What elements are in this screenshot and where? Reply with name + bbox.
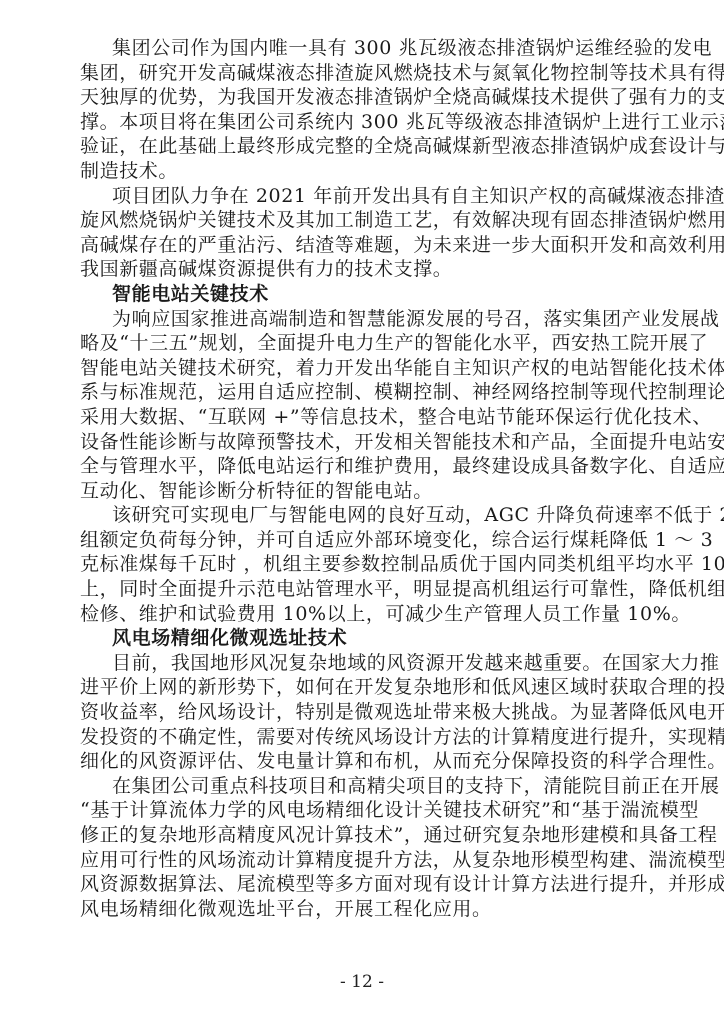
paragraph-line: 风资源数据算法、尾流模型等多方面对现有设计计算方法进行提升，并形成 <box>80 872 648 897</box>
paragraph-line: 修正的复杂地形高精度风况计算技术”，通过研究复杂地形建模和具备工程 <box>80 823 648 848</box>
paragraph-line: 旋风燃烧锅炉关键技术及其加工制造工艺，有效解决现有固态排渣锅炉燃用 <box>80 208 648 233</box>
body-paragraph: 项目团队力争在 2021 年前开发出具有自主知识产权的高碱煤液态排渣旋风燃烧锅炉… <box>80 184 648 282</box>
heading-text: 风电场精细化微观选址技术 <box>80 626 648 651</box>
paragraph-line: 项目团队力争在 2021 年前开发出具有自主知识产权的高碱煤液态排渣 <box>80 184 648 209</box>
paragraph-line: 系与标准规范，运用自适应控制、模糊控制、神经网络控制等现代控制理论， <box>80 380 648 405</box>
paragraph-line: 为响应国家推进高端制造和智慧能源发展的号召，落实集团产业发展战 <box>80 307 648 332</box>
paragraph-line: 天独厚的优势，为我国开发液态排渣锅炉全烧高碱煤技术提供了强有力的支 <box>80 85 648 110</box>
body-paragraph: 该研究可实现电厂与智能电网的良好互动，AGC 升降负荷速率不低于 2%机组额定负… <box>80 503 648 626</box>
document-body: 集团公司作为国内唯一具有 300 兆瓦级液态排渣锅炉运维经验的发电集团，研究开发… <box>80 36 648 921</box>
paragraph-line: 撑。本项目将在集团公司系统内 300 兆瓦等级液态排渣锅炉上进行工业示范 <box>80 110 648 135</box>
paragraph-line: 验证，在此基础上最终形成完整的全烧高碱煤新型液态排渣锅炉成套设计与 <box>80 134 648 159</box>
paragraph-line: 该研究可实现电厂与智能电网的良好互动，AGC 升降负荷速率不低于 2%机 <box>80 503 648 528</box>
heading-text: 智能电站关键技术 <box>80 282 648 307</box>
paragraph-line: 进平价上网的新形势下，如何在开发复杂地形和低风速区域时获取合理的投 <box>80 675 648 700</box>
paragraph-line: 上，同时全面提升示范电站管理水平，明显提高机组运行可靠性，降低机组 <box>80 577 648 602</box>
page-number: - 12 - <box>0 972 724 992</box>
paragraph-line: 制造技术。 <box>80 159 648 184</box>
paragraph-line: 目前，我国地形风况复杂地域的风资源开发越来越重要。在国家大力推 <box>80 651 648 676</box>
paragraph-line: 应用可行性的风场流动计算精度提升方法，从复杂地形模型构建、湍流模型、 <box>80 848 648 873</box>
paragraph-line: 细化的风资源评估、发电量计算和布机，从而充分保障投资的科学合理性。 <box>80 749 648 774</box>
section-heading: 风电场精细化微观选址技术 <box>80 626 648 651</box>
paragraph-line: 资收益率，给风场设计，特别是微观选址带来极大挑战。为显著降低风电开 <box>80 700 648 725</box>
paragraph-line: 我国新疆高碱煤资源提供有力的技术支撑。 <box>80 257 648 282</box>
paragraph-line: 集团公司作为国内唯一具有 300 兆瓦级液态排渣锅炉运维经验的发电 <box>80 36 648 61</box>
paragraph-line: 集团，研究开发高碱煤液态排渣旋风燃烧技术与氮氧化物控制等技术具有得 <box>80 61 648 86</box>
paragraph-line: 组额定负荷每分钟，并可自适应外部环境变化，综合运行煤耗降低 1 ～ 3 <box>80 528 648 553</box>
paragraph-line: 采用大数据、“互联网 +”等信息技术，整合电站节能环保运行优化技术、 <box>80 405 648 430</box>
body-paragraph: 目前，我国地形风况复杂地域的风资源开发越来越重要。在国家大力推进平价上网的新形势… <box>80 651 648 774</box>
body-paragraph: 集团公司作为国内唯一具有 300 兆瓦级液态排渣锅炉运维经验的发电集团，研究开发… <box>80 36 648 184</box>
document-page: 集团公司作为国内唯一具有 300 兆瓦级液态排渣锅炉运维经验的发电集团，研究开发… <box>0 0 724 1024</box>
paragraph-line: 克标准煤每千瓦时 ，机组主要参数控制品质优于国内同类机组平均水平 10%以 <box>80 552 648 577</box>
paragraph-line: 高碱煤存在的严重沾污、结渣等难题，为未来进一步大面积开发和高效利用 <box>80 233 648 258</box>
paragraph-line: 设备性能诊断与故障预警技术，开发相关智能技术和产品，全面提升电站安 <box>80 430 648 455</box>
paragraph-line: “基于计算流体力学的风电场精细化设计关键技术研究”和“基于湍流模型 <box>80 798 648 823</box>
paragraph-line: 全与管理水平，降低电站运行和维护费用，最终建设成具备数字化、自适应、 <box>80 454 648 479</box>
section-heading: 智能电站关键技术 <box>80 282 648 307</box>
paragraph-line: 发投资的不确定性，需要对传统风场设计方法的计算精度进行提升，实现精 <box>80 725 648 750</box>
paragraph-line: 检修、维护和试验费用 10%以上，可减少生产管理人员工作量 10%。 <box>80 602 648 627</box>
body-paragraph: 在集团公司重点科技项目和高精尖项目的支持下，清能院目前正在开展“基于计算流体力学… <box>80 774 648 922</box>
paragraph-line: 互动化、智能诊断分析特征的智能电站。 <box>80 479 648 504</box>
paragraph-line: 在集团公司重点科技项目和高精尖项目的支持下，清能院目前正在开展 <box>80 774 648 799</box>
paragraph-line: 智能电站关键技术研究，着力开发出华能自主知识产权的电站智能化技术体 <box>80 356 648 381</box>
body-paragraph: 为响应国家推进高端制造和智慧能源发展的号召，落实集团产业发展战略及“十三五”规划… <box>80 307 648 504</box>
paragraph-line: 风电场精细化微观选址平台，开展工程化应用。 <box>80 897 648 922</box>
paragraph-line: 略及“十三五”规划，全面提升电力生产的智能化水平，西安热工院开展了 <box>80 331 648 356</box>
